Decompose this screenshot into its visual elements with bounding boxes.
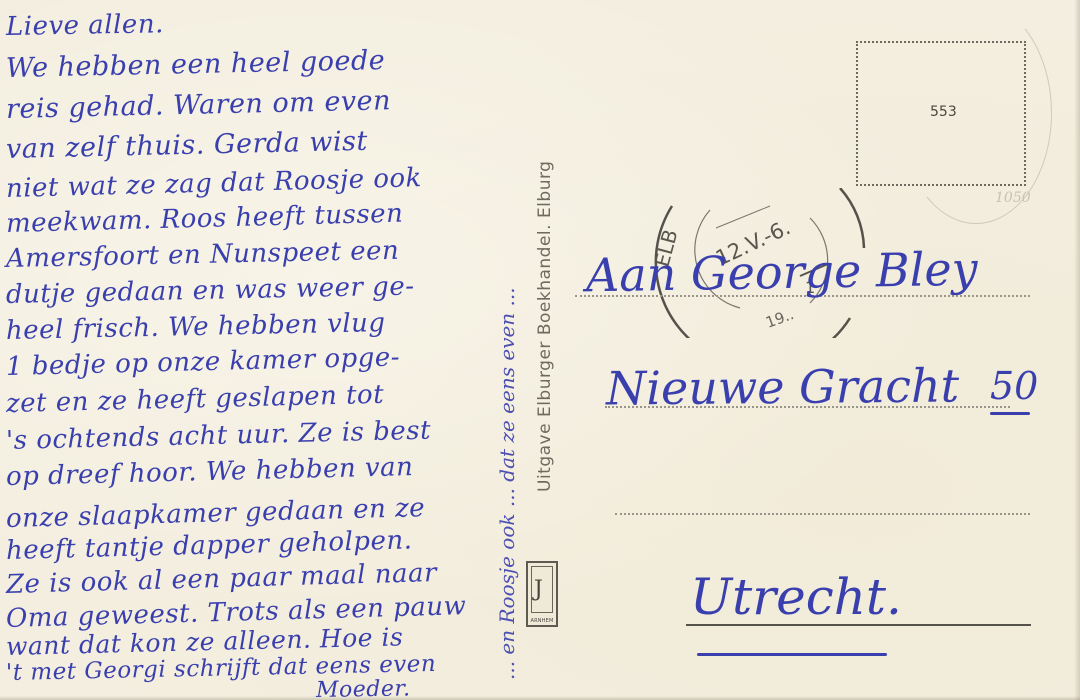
message-line: meekwam. Roos heeft tussen xyxy=(6,199,404,239)
message-line: op dreef hoor. We hebben van xyxy=(6,452,414,492)
message-line: 's ochtends acht uur. Ze is best xyxy=(6,416,432,456)
addressee-name: Aan George Bley xyxy=(586,242,978,303)
logo-city: ARNHEM xyxy=(528,618,556,624)
number-underline xyxy=(990,412,1030,415)
message-line: 1 bedje op onze kamer opge- xyxy=(6,342,401,382)
message-line: dutje gedaan en was weer ge- xyxy=(6,271,415,310)
publisher-imprint: Uitgave Elburger Boekhandel. Elburg xyxy=(535,72,559,492)
margin-handwriting: ... en Roosje ook ... dat ze eens even .… xyxy=(495,60,525,680)
stamp-placeholder: 553 xyxy=(856,41,1026,186)
address-street: Nieuwe Gracht xyxy=(606,358,960,415)
address-line-3 xyxy=(615,513,1030,515)
postmark-year: 19.. xyxy=(763,305,796,332)
message-line: van zelf thuis. Gerda wist xyxy=(6,126,369,165)
message-line: Amersfoort en Nunspeet een xyxy=(6,236,400,274)
message-line: niet wat ze zag dat Roosje ook xyxy=(6,163,423,204)
message-line: Lieve allen. xyxy=(6,9,164,42)
message-line: We hebben een heel goede xyxy=(6,45,386,84)
address-number: 50 xyxy=(990,364,1038,408)
publisher-logo: J ARNHEM xyxy=(526,561,558,627)
card-bottom-edge xyxy=(0,696,1080,700)
pencil-mark: 1050 xyxy=(995,190,1031,206)
message-line: heel frisch. We hebben vlug xyxy=(6,308,386,346)
logo-j-icon: J xyxy=(534,577,543,602)
postcard-back: Lieve allen. We hebben een heel goede re… xyxy=(0,0,1080,700)
card-edge-shadow xyxy=(1074,0,1080,700)
city-underline xyxy=(697,653,887,656)
address-city: Utrecht. xyxy=(690,568,902,626)
message-line: reis gehad. Waren om even xyxy=(6,85,392,125)
stamp-number: 553 xyxy=(930,104,957,120)
message-line: zet en ze heeft geslapen tot xyxy=(6,380,385,419)
